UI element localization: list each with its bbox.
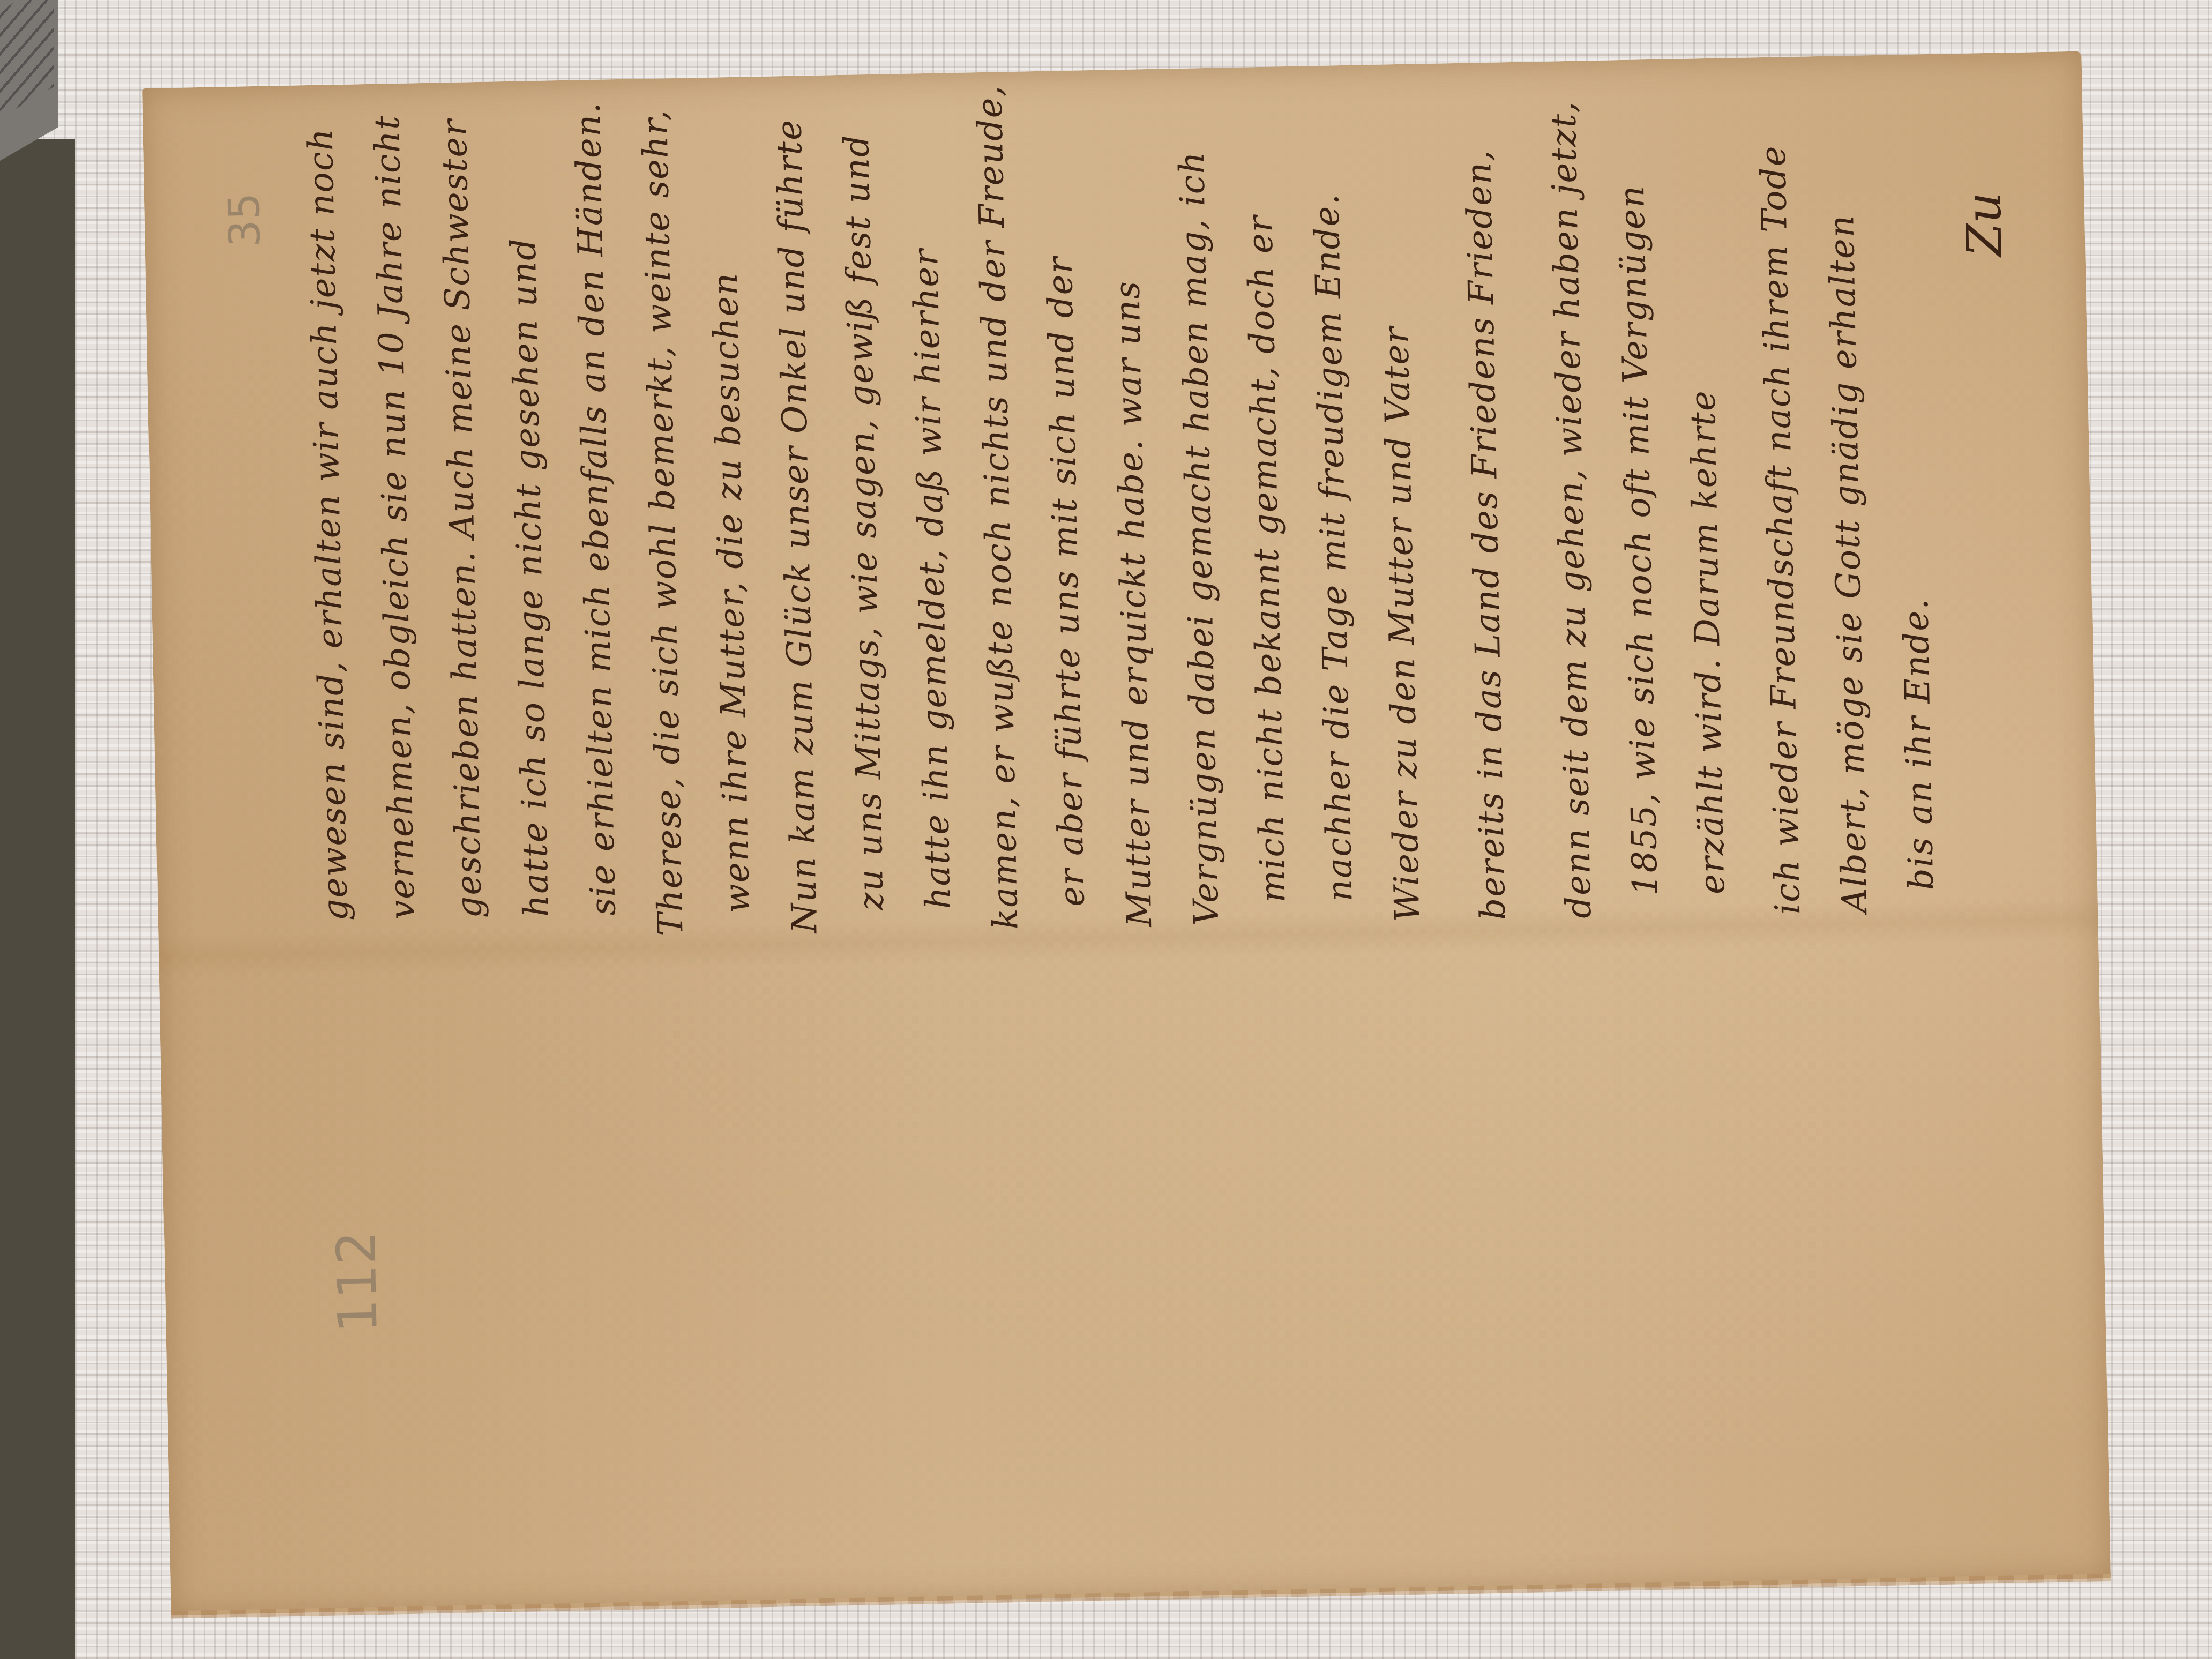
text-line: denn seit dem zu gehen, wieder haben jet…	[1546, 101, 1596, 919]
text-line: Therese, die sich wohl bemerkt, weinte s…	[638, 109, 689, 936]
text-line: er aber führte uns mit sich und der	[1043, 256, 1089, 907]
dark-board-strip	[0, 139, 75, 1659]
text-line: hatte ich so lange nicht gesehen und	[506, 237, 554, 917]
text-line: kamen, er wußte noch nichts und der Freu…	[973, 84, 1023, 929]
text-line: 1855, wie sich noch oft mit Vergnügen	[1615, 184, 1663, 896]
letter-page: 35 112 gewesen sind, erhalten wir auch j…	[142, 51, 2111, 1616]
text-line: hatte ihn gemeldet, daß wir hierher	[909, 248, 956, 910]
text-line: mich nicht bekannt gemacht, doch er	[1243, 214, 1291, 903]
handwritten-text-block: gewesen sind, erhalten wir auch jetzt no…	[142, 51, 2111, 1616]
text-line: bereits in das Land des Friedens Frieden…	[1462, 149, 1511, 921]
text-line: vernehmen, obgleich sie nun 10 Jahre nic…	[370, 115, 420, 920]
text-line: nachher die Tage mit freudigem Ende.	[1310, 193, 1357, 902]
text-line: gewesen sind, erhalten wir auch jetzt no…	[303, 128, 353, 921]
text-line: bis an ihr Ende.	[1899, 597, 1939, 891]
text-line: Nun kam zum Glück unser Onkel und führte	[772, 118, 822, 933]
text-line: Albert, möge sie Gott gnädig erhalten	[1825, 214, 1872, 913]
catchword: Zu	[1955, 192, 2013, 257]
text-line: Mutter und erquickt habe. war uns	[1110, 280, 1157, 928]
text-line: sie erhielten mich ebenfalls an den Händ…	[571, 101, 621, 916]
text-line: erzählt wird. Darum kehrte	[1686, 390, 1730, 895]
card-printed-lines	[0, 0, 54, 118]
text-line: zu uns Mittags, wie sagen, gewiß fest un…	[840, 134, 889, 911]
text-line: Vergnügen dabei gemacht haben mag, ich	[1175, 151, 1224, 926]
text-line: ich wieder Freundschaft nach ihrem Tode	[1757, 145, 1806, 915]
text-line: Wieder zu den Mutter und Vater	[1379, 326, 1425, 922]
text-line: geschrieben hatten. Auch meine Schwester	[437, 118, 487, 919]
text-line: wenn ihre Mutter, die zu besuchen	[708, 272, 755, 913]
